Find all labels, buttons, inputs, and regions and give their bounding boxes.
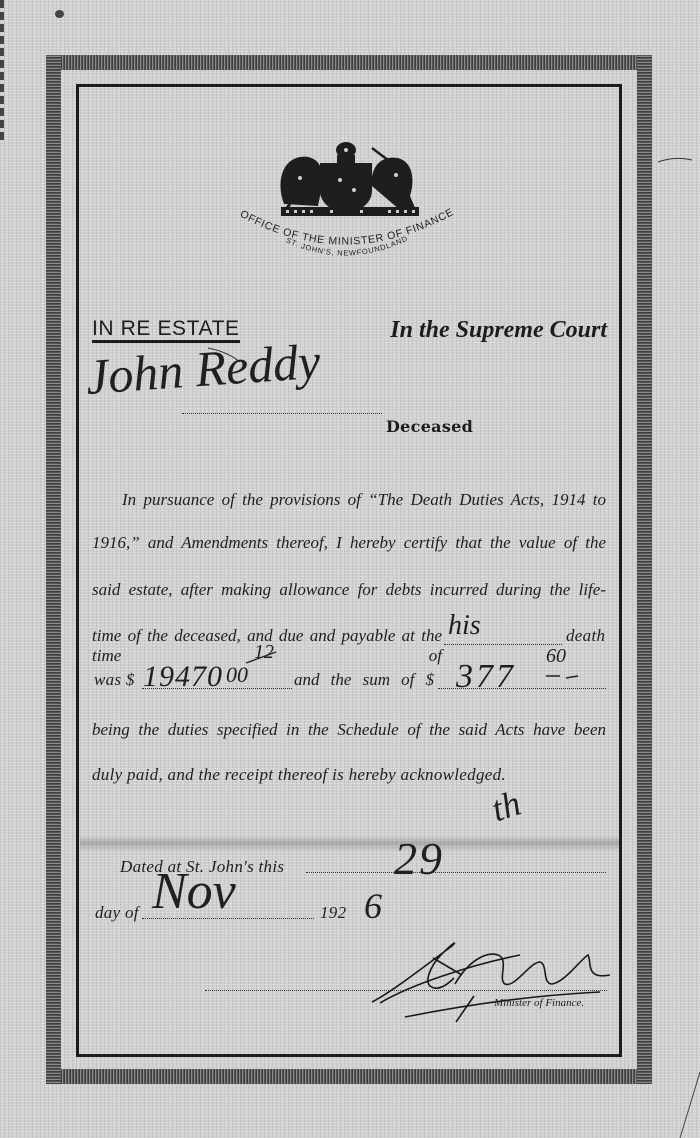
- minister-title: Minister of Finance.: [494, 997, 584, 1009]
- estate-value-handwritten: 19470: [143, 662, 223, 692]
- estate-value-prefix: was $: [94, 670, 135, 690]
- estate-value-cents-handwritten: 00: [226, 664, 248, 686]
- pronoun-handwritten: his: [448, 612, 481, 640]
- estate-value-cents-correction-handwritten: 12: [254, 642, 274, 662]
- certificate-line-7: duly paid, and the receipt thereof is he…: [92, 765, 506, 785]
- pronoun-dotted-line: [444, 644, 562, 645]
- day-of-label: day of: [95, 903, 139, 923]
- year-suffix-handwritten: 6: [364, 888, 382, 924]
- name-dotted-line: [182, 413, 382, 414]
- scan-edge-mark: [658, 158, 692, 162]
- certificate-line-4-end: death: [566, 626, 605, 646]
- border-band-top: [46, 55, 652, 70]
- day-handwritten: 29: [394, 836, 444, 882]
- duty-cents-handwritten: 60: [546, 646, 566, 666]
- certificate-line-2: 1916,” and Amendments thereof, I hereby …: [92, 533, 606, 553]
- duty-prefix: and the sum of $: [294, 670, 434, 690]
- border-band-right: [637, 55, 652, 1084]
- scan-spot: [55, 10, 64, 18]
- death-duties-certificate: OFFICE OF THE MINISTER OF FINANCE ST. JO…: [0, 0, 700, 1138]
- scan-edge-perforation: [0, 0, 4, 140]
- certificate-line-6: being the duties specified in the Schedu…: [92, 720, 606, 740]
- month-handwritten: Nov: [152, 866, 236, 918]
- day-dotted-line: [306, 872, 606, 873]
- year-prefix: 192: [320, 903, 346, 923]
- signature-dotted-line: [205, 990, 607, 991]
- scan-edge-mark: [680, 1072, 700, 1138]
- border-band-left: [46, 55, 61, 1084]
- deceased-label: Deceased: [386, 417, 473, 437]
- court-heading: In the Supreme Court: [360, 317, 607, 343]
- border-band-bottom: [46, 1069, 652, 1084]
- duty-amount-handwritten: 377: [456, 660, 516, 694]
- certificate-line-1: In pursuance of the provisions of “The D…: [122, 490, 606, 510]
- certificate-line-3: said estate, after making allowance for …: [92, 580, 606, 600]
